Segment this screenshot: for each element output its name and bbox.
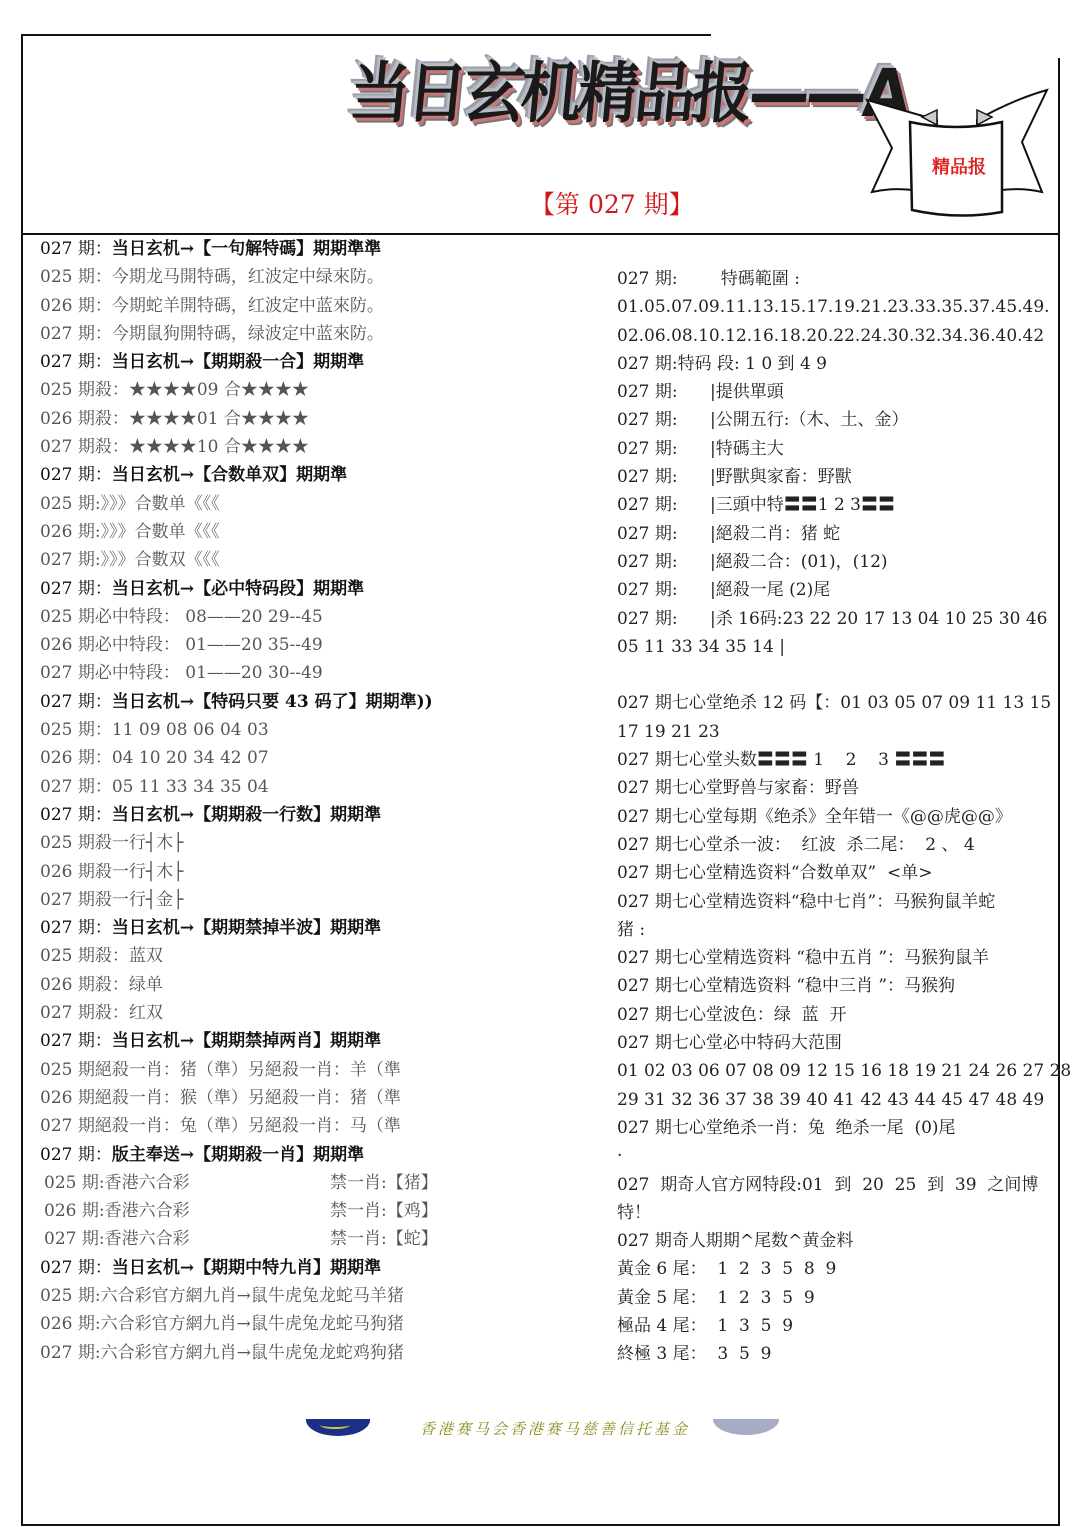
scroll-banner-icon xyxy=(862,80,1052,220)
bowl-emblem-left-icon xyxy=(306,1419,370,1436)
list-item: 027 期七心堂杀一波： 红波 杀二尾： 2 、 4 xyxy=(617,831,1071,859)
list-item: 025 期:六合彩官方網九肖→鼠牛虎兔龙蛇马羊猪 xyxy=(40,1282,438,1310)
list-item: 027 期七心堂头数〓〓〓 1 2 3 〓〓〓 xyxy=(617,746,1071,774)
list-item: 027 期七心堂绝杀一肖：兔 绝杀一尾 (0)尾 xyxy=(617,1114,1071,1142)
section-heading: 027 期：当日玄机→【必中特码段】期期準 xyxy=(40,575,438,603)
list-item-value: 禁一肖:【鸡】 xyxy=(330,1201,438,1221)
list-item: 026 期絕殺一肖：猴（準）另絕殺一肖：猪（準 xyxy=(40,1084,438,1112)
list-item: 027 期殺：红双 xyxy=(40,999,438,1027)
list-item: 027 期: |提供單頭 xyxy=(617,378,1071,406)
section-heading-text: 当日玄机→【期期禁掉半波】期期準 xyxy=(112,918,381,938)
list-item: 025 期絕殺一肖：猪（準）另絕殺一肖：羊（準 xyxy=(40,1056,438,1084)
section-heading-prefix: 027 期： xyxy=(40,239,112,259)
list-item: 027 期必中特段： 01——20 30--49 xyxy=(40,659,438,687)
section-heading: 027 期：当日玄机→【合数单双】期期準 xyxy=(40,461,438,489)
banner-label: 精品报 xyxy=(932,153,986,179)
list-item: 025 期：11 09 08 06 04 03 xyxy=(40,716,438,744)
list-item: 01.05.07.09.11.13.15.17.19.21.23.33.35.3… xyxy=(617,293,1071,321)
list-item: 027 期奇人期期^尾数^黄金料 xyxy=(617,1227,1071,1255)
list-item-value: 禁一肖:【猪】 xyxy=(330,1173,438,1193)
section-heading-prefix: 027 期： xyxy=(40,579,112,599)
list-item: 026 期殺一行┤木├ xyxy=(40,858,438,886)
section-heading-prefix: 027 期： xyxy=(40,918,112,938)
list-item-label: 027 期:香港六合彩 xyxy=(44,1225,330,1253)
section-heading: 027 期：当日玄机→【期期殺一行数】期期準 xyxy=(40,801,438,829)
section-heading-text: 当日玄机→【必中特码段】期期準 xyxy=(112,579,364,599)
list-item: 027 期七心堂必中特码大范围 xyxy=(617,1029,1071,1057)
list-item: 025 期:》》》合數单《《《 xyxy=(40,490,438,518)
frame-left-border xyxy=(21,34,23,1526)
page-title: 当日玄机精品报——A xyxy=(346,40,911,130)
list-item: 025 期必中特段： 08——20 29--45 xyxy=(40,603,438,631)
list-item: 026 期必中特段： 01——20 35--49 xyxy=(40,631,438,659)
list-item: 025 期：今期龙马開特碼，红波定中绿來防。 xyxy=(40,263,438,291)
section-heading-text: 当日玄机→【期期殺一合】期期準 xyxy=(112,352,364,372)
section-heading-prefix: 027 期： xyxy=(40,465,112,485)
list-item: 027 期七心堂每期《绝杀》全年错一《@@虎@@》 xyxy=(617,803,1071,831)
section-heading-prefix: 027 期： xyxy=(40,805,112,825)
list-item: 027 期七心堂野兽与家畜：野兽 xyxy=(617,774,1071,802)
list-item-label: 025 期:香港六合彩 xyxy=(44,1169,330,1197)
list-item: 026 期:》》》合數单《《《 xyxy=(40,518,438,546)
list-item: 027 期：05 11 33 34 35 04 xyxy=(40,773,438,801)
list-item: 027 期:六合彩官方網九肖→鼠牛虎兔龙蛇鸡狗猪 xyxy=(40,1339,438,1367)
frame-top-border xyxy=(21,34,711,36)
list-item: 025 期殺一行┤木├ xyxy=(40,829,438,857)
list-item xyxy=(617,661,1071,689)
list-item: 027 期七心堂绝杀 12 码【：01 03 05 07 09 11 13 15 xyxy=(617,689,1071,717)
list-item: 027 期:香港六合彩禁一肖:【蛇】 xyxy=(40,1225,438,1253)
list-item: 025 期:香港六合彩禁一肖:【猪】 xyxy=(40,1169,438,1197)
list-item: 027 期: |絕殺二肖：猪 蛇 xyxy=(617,520,1071,548)
issue-number: 【第 027 期】 xyxy=(530,185,694,221)
section-heading: 027 期：版主奉送→【期期殺一肖】期期準 xyxy=(40,1141,438,1169)
list-item: 01 02 03 06 07 08 09 12 15 16 18 19 21 2… xyxy=(617,1057,1071,1085)
list-item: 黃金 5 尾： 1 2 3 5 9 xyxy=(617,1284,1071,1312)
list-item: 027 期殺：★★★★10 合★★★★ xyxy=(40,433,438,461)
list-item: 025 期殺：蓝双 xyxy=(40,942,438,970)
list-item: 025 期殺：★★★★09 合★★★★ xyxy=(40,376,438,404)
list-item: 027 期奇人官方网特段:01 到 20 25 到 39 之间博 xyxy=(617,1171,1071,1199)
list-item: 027 期七心堂精选资料“稳中七肖”：马猴狗鼠羊蛇 xyxy=(617,888,1071,916)
section-heading-text: 当日玄机→【期期殺一行数】期期準 xyxy=(112,805,381,825)
section-heading: 027 期：当日玄机→【一句解特碼】期期準準 xyxy=(40,235,438,263)
section-heading-prefix: 027 期： xyxy=(40,1258,112,1278)
section-heading: 027 期：当日玄机→【期期禁掉两肖】期期準 xyxy=(40,1027,438,1055)
section-heading-text: 当日玄机→【期期禁掉两肖】期期準 xyxy=(112,1031,381,1051)
frame-bottom-border xyxy=(21,1524,1060,1526)
section-heading: 027 期：当日玄机→【特码只要 43 码了】期期準)) xyxy=(40,688,438,716)
list-item: 027 期:特码 段: 1 0 到 4 9 xyxy=(617,350,1071,378)
list-item: 終極 3 尾： 3 5 9 xyxy=(617,1340,1071,1368)
section-heading-prefix: 027 期： xyxy=(40,1031,112,1051)
list-item: 027 期: |野獸與家畜：野獸 xyxy=(617,463,1071,491)
list-item: 027 期七心堂精选资料 “稳中三肖 ”：马猴狗 xyxy=(617,972,1071,1000)
section-heading-text: 当日玄机→【一句解特碼】期期準準 xyxy=(112,239,381,259)
list-item: 29 31 32 36 37 38 39 40 41 42 43 44 45 4… xyxy=(617,1086,1071,1114)
list-item-label: 026 期:香港六合彩 xyxy=(44,1197,330,1225)
list-item: 特！ xyxy=(617,1199,1071,1227)
list-item-value: 禁一肖:【蛇】 xyxy=(330,1229,438,1249)
list-item: 026 期殺：绿单 xyxy=(40,971,438,999)
section-heading: 027 期：当日玄机→【期期禁掉半波】期期準 xyxy=(40,914,438,942)
section-heading-text: 当日玄机→【期期中特九肖】期期準 xyxy=(112,1258,381,1278)
section-heading-text: 当日玄机→【合数单双】期期準 xyxy=(112,465,347,485)
list-item: 027 期絕殺一肖：兔（準）另絕殺一肖：马（準 xyxy=(40,1112,438,1140)
section-heading: 027 期：当日玄机→【期期中特九肖】期期準 xyxy=(40,1254,438,1282)
list-item: 027 期七心堂精选资料“合数单双” <单> xyxy=(617,859,1071,887)
footer-text: 香港赛马会香港赛马慈善信托基金 xyxy=(420,1418,690,1439)
list-item: 027 期：今期鼠狗開特碼，绿波定中蓝來防。 xyxy=(40,320,438,348)
right-column: 027 期: 特碼範圍 :01.05.07.09.11.13.15.17.19.… xyxy=(617,265,1071,1369)
list-item: 027 期: |杀 16码:23 22 20 17 13 04 10 25 30… xyxy=(617,605,1071,633)
list-item: 026 期殺：★★★★01 合★★★★ xyxy=(40,405,438,433)
bowl-emblem-right-icon xyxy=(713,1419,779,1435)
left-column: 027 期：当日玄机→【一句解特碼】期期準準025 期：今期龙马開特碼，红波定中… xyxy=(40,235,438,1367)
list-item: 027 期: 特碼範圍 : xyxy=(617,265,1071,293)
list-item: 026 期：04 10 20 34 42 07 xyxy=(40,744,438,772)
list-item: 黃金 6 尾： 1 2 3 5 8 9 xyxy=(617,1255,1071,1283)
list-item: 027 期殺一行┤金├ xyxy=(40,886,438,914)
list-item: 026 期：今期蛇羊開特碼，红波定中蓝來防。 xyxy=(40,292,438,320)
section-heading-prefix: 027 期： xyxy=(40,692,112,712)
list-item: 17 19 21 23 xyxy=(617,718,1071,746)
list-item: 027 期: |三頭中特〓〓1 2 3〓〓 xyxy=(617,491,1071,519)
section-heading-text: 当日玄机→【特码只要 43 码了】期期準)) xyxy=(112,692,433,712)
list-item: 027 期七心堂精选资料 “稳中五肖 ”：马猴狗鼠羊 xyxy=(617,944,1071,972)
list-item: 027 期: |絕殺一尾 (2)尾 xyxy=(617,576,1071,604)
list-item: 05 11 33 34 35 14 | xyxy=(617,633,1071,661)
section-heading-prefix: 027 期： xyxy=(40,352,112,372)
list-item: 026 期:香港六合彩禁一肖:【鸡】 xyxy=(40,1197,438,1225)
section-heading-prefix: 027 期： xyxy=(40,1145,112,1165)
list-item: 極品 4 尾： 1 3 5 9 xyxy=(617,1312,1071,1340)
list-item: 02.06.08.10.12.16.18.20.22.24.30.32.34.3… xyxy=(617,322,1071,350)
list-item: 027 期: |特碼主大 xyxy=(617,435,1071,463)
list-item: 027 期: |公開五行:（木、土、金） xyxy=(617,406,1071,434)
section-heading-text: 版主奉送→【期期殺一肖】期期準 xyxy=(112,1145,364,1165)
list-item: 猪 : xyxy=(617,916,1071,944)
list-item: 027 期: |絕殺二合：(01)，(12) xyxy=(617,548,1071,576)
section-heading: 027 期：当日玄机→【期期殺一合】期期準 xyxy=(40,348,438,376)
list-item: 027 期:》》》合數双《《《 xyxy=(40,546,438,574)
list-item: 026 期:六合彩官方網九肖→鼠牛虎兔龙蛇马狗猪 xyxy=(40,1310,438,1338)
list-item: · xyxy=(617,1142,1071,1170)
list-item: 027 期七心堂波色：绿 蓝 开 xyxy=(617,1001,1071,1029)
